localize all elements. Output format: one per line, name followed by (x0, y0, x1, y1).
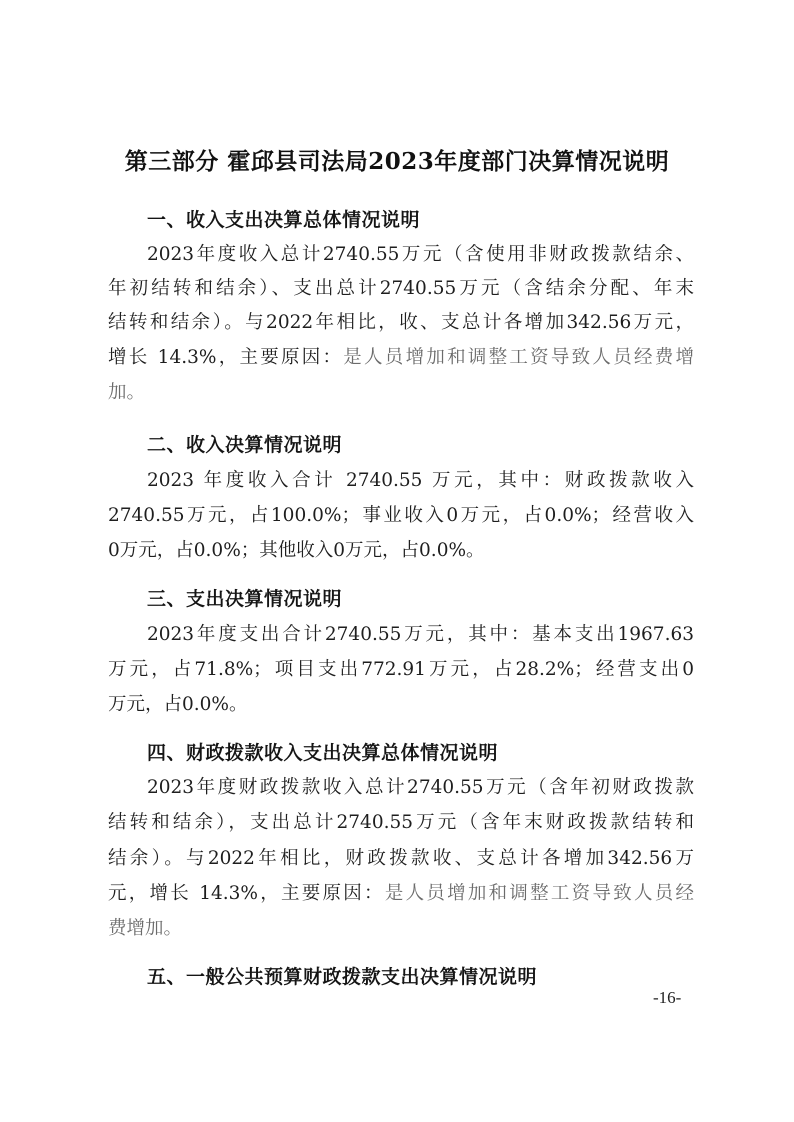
line-text: 万元，占0.0%。 (108, 694, 248, 715)
paragraph-line: 2023年度财政拨款收入总计2740.55万元（含年初财政拨款 (147, 773, 694, 799)
line-text: 结转和结余）。与2022年相比，收、支总计各增加342.56万元， (108, 312, 694, 333)
reason-text: 是人员增加和调整工资导致人员经 (385, 883, 694, 904)
section-heading-3: 三、支出决算情况说明 (147, 584, 342, 611)
line-text: 2740.55万元，占100.0%；事业收入0万元，占0.0%；经营收入 (108, 505, 694, 526)
line-text: 0万元，占0.0%；其他收入0万元，占0.0%。 (108, 540, 485, 561)
line-text: 增长 14.3%，主要原因： (108, 347, 343, 368)
line-text: 元，增长 14.3%，主要原因： (108, 883, 385, 904)
paragraph-line: 结转和结余）。与2022年相比，收、支总计各增加342.56万元， (108, 308, 694, 334)
paragraph-line: 2023年度收入总计2740.55万元（含使用非财政拨款结余、 (147, 240, 694, 266)
reason-text: 费增加。 (108, 918, 182, 939)
reason-text: 加。 (108, 382, 145, 403)
paragraph-line: 万元，占71.8%；项目支出772.91万元，占28.2%；经营支出0 (108, 655, 694, 681)
page-number: -16- (653, 988, 681, 1008)
paragraph-line: 年初结转和结余）、支出总计2740.55万元（含结余分配、年末 (108, 274, 694, 300)
section-heading-1: 一、收入支出决算总体情况说明 (147, 205, 420, 232)
paragraph-line: 增长 14.3%，主要原因：是人员增加和调整工资导致人员经费增 (108, 343, 694, 369)
line-text: 结余）。与2022年相比，财政拨款收、支总计各增加342.56万 (108, 848, 694, 869)
line-text: 万元，占71.8%；项目支出772.91万元，占28.2%；经营支出0 (108, 659, 694, 680)
paragraph-line: 结余）。与2022年相比，财政拨款收、支总计各增加342.56万 (108, 844, 694, 870)
paragraph-line: 费增加。 (108, 914, 694, 940)
paragraph-line: 结转和结余），支出总计2740.55万元（含年末财政拨款结转和 (108, 808, 694, 834)
paragraph-line: 2023 年度收入合计 2740.55 万元，其中：财政拨款收入 (147, 466, 694, 492)
line-text: 年初结转和结余）、支出总计2740.55万元（含结余分配、年末 (108, 278, 694, 299)
paragraph-line: 元，增长 14.3%，主要原因：是人员增加和调整工资导致人员经 (108, 879, 694, 905)
paragraph-line: 加。 (108, 378, 694, 404)
line-text: 2023年度财政拨款收入总计2740.55万元（含年初财政拨款 (147, 777, 694, 798)
paragraph-line: 2740.55万元，占100.0%；事业收入0万元，占0.0%；经营收入 (108, 501, 694, 527)
section-heading-2: 二、收入决算情况说明 (147, 430, 342, 457)
line-text: 2023年度支出合计2740.55万元，其中：基本支出1967.63 (147, 624, 694, 645)
paragraph-line: 2023年度支出合计2740.55万元，其中：基本支出1967.63 (147, 620, 694, 646)
document-title: 第三部分 霍邱县司法局2023年度部门决算情况说明 (0, 143, 794, 176)
section-heading-5: 五、一般公共预算财政拨款支出决算情况说明 (147, 962, 537, 989)
line-text: 2023 年度收入合计 2740.55 万元，其中：财政拨款收入 (147, 470, 694, 491)
line-text: 结转和结余），支出总计2740.55万元（含年末财政拨款结转和 (108, 812, 694, 833)
reason-text: 是人员增加和调整工资导致人员经费增 (343, 347, 694, 368)
paragraph-line: 0万元，占0.0%；其他收入0万元，占0.0%。 (108, 536, 694, 562)
line-text: 2023年度收入总计2740.55万元（含使用非财政拨款结余、 (147, 244, 694, 265)
paragraph-line: 万元，占0.0%。 (108, 690, 694, 716)
section-heading-4: 四、财政拨款收入支出决算总体情况说明 (147, 738, 498, 765)
document-page: 第三部分 霍邱县司法局2023年度部门决算情况说明 一、收入支出决算总体情况说明… (0, 0, 794, 1122)
